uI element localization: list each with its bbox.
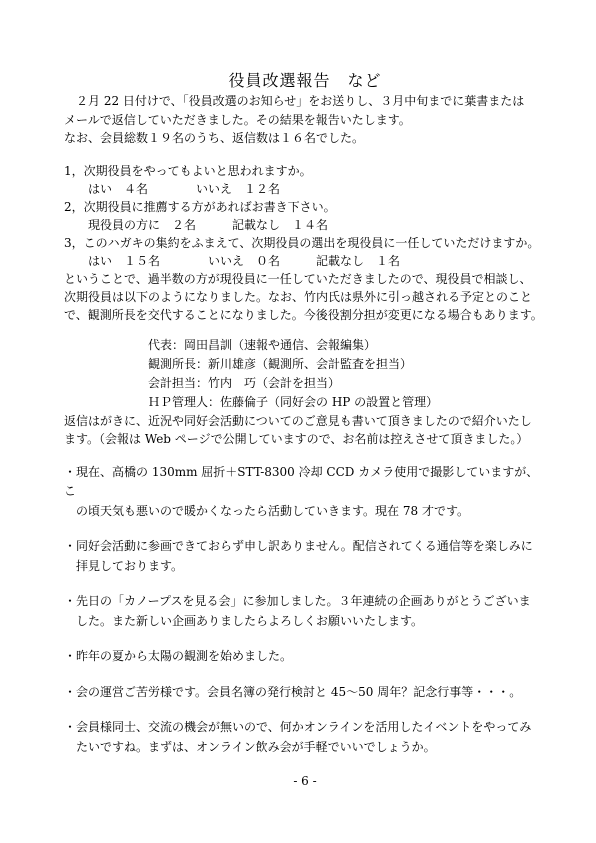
survey-item-1: 1，次期役員をやってもよいと思われますか。 はい ４名 いいえ １２名 xyxy=(64,162,546,198)
comment-item-1: ・現在、高橋の 130mm 屈折＋STT-8300 冷却 CCD カメラ使用で撮… xyxy=(64,463,546,522)
officer-list: 代表：岡田昌訓（速報や通信、会報編集） 観測所長：新川雄彦（観測所、会計監査を担… xyxy=(148,336,546,412)
comment-item-6: ・会員様同士、交流の機会が無いので、何かオンラインを活用したイベントをやってみ … xyxy=(64,718,546,757)
officer-line-daihyo: 代表：岡田昌訓（速報や通信、会報編集） xyxy=(148,336,546,355)
survey-results-section: 1，次期役員をやってもよいと思われますか。 はい ４名 いいえ １２名 2，次期… xyxy=(64,162,546,270)
comment-item-2: ・同好会活動に参画できておらず申し訳ありません。配信されてくる通信等を楽しみに … xyxy=(64,537,546,576)
feedback-intro-paragraph: 返信はがきに、近況や同好会活動についてのご意見も書いて頂きましたので紹介いたし … xyxy=(64,412,546,449)
survey-item-3: 3，このハガキの集約をふまえて、次期役員の選出を現役員に一任していただけますか。… xyxy=(64,234,546,270)
conclusion-paragraph: ということで、過半数の方が現役員に一任していただきましたので、現役員で相談し、 … xyxy=(64,270,546,324)
officer-line-hp-kanrinin: ＨＰ管理人：佐藤倫子（同好会の HP の設置と管理） xyxy=(148,393,546,412)
member-comments-section: ・現在、高橋の 130mm 屈折＋STT-8300 冷却 CCD カメラ使用で撮… xyxy=(64,463,546,758)
intro-paragraph: ２月 22 日付けで、「役員改選のお知らせ」をお送りし、３月中旬までに葉書または… xyxy=(64,92,546,148)
comment-item-4: ・昨年の夏から太陽の観測を始めました。 xyxy=(64,647,546,667)
survey-item-2: 2，次期役員に推薦する方があればお書き下さい。 現役員の方に ２名 記載なし １… xyxy=(64,198,546,234)
officer-line-kansokushocho: 観測所長：新川雄彦（観測所、会計監査を担当） xyxy=(148,355,546,374)
document-page: 役員改選報告 など ２月 22 日付けで、「役員改選のお知らせ」をお送りし、３月… xyxy=(0,0,596,843)
document-title: 役員改選報告 など xyxy=(64,70,546,92)
page-number: - 6 - xyxy=(64,773,546,789)
comment-item-3: ・先日の「カノープスを見る会」に参加しました。３年連続の企画ありがとうございま … xyxy=(64,592,546,631)
comment-item-5: ・会の運営ご苦労様です。会員名簿の発行検討と 45～50 周年？記念行事等・・・… xyxy=(64,683,546,703)
officer-line-kaikei: 会計担当：竹内 巧（会計を担当） xyxy=(148,374,546,393)
